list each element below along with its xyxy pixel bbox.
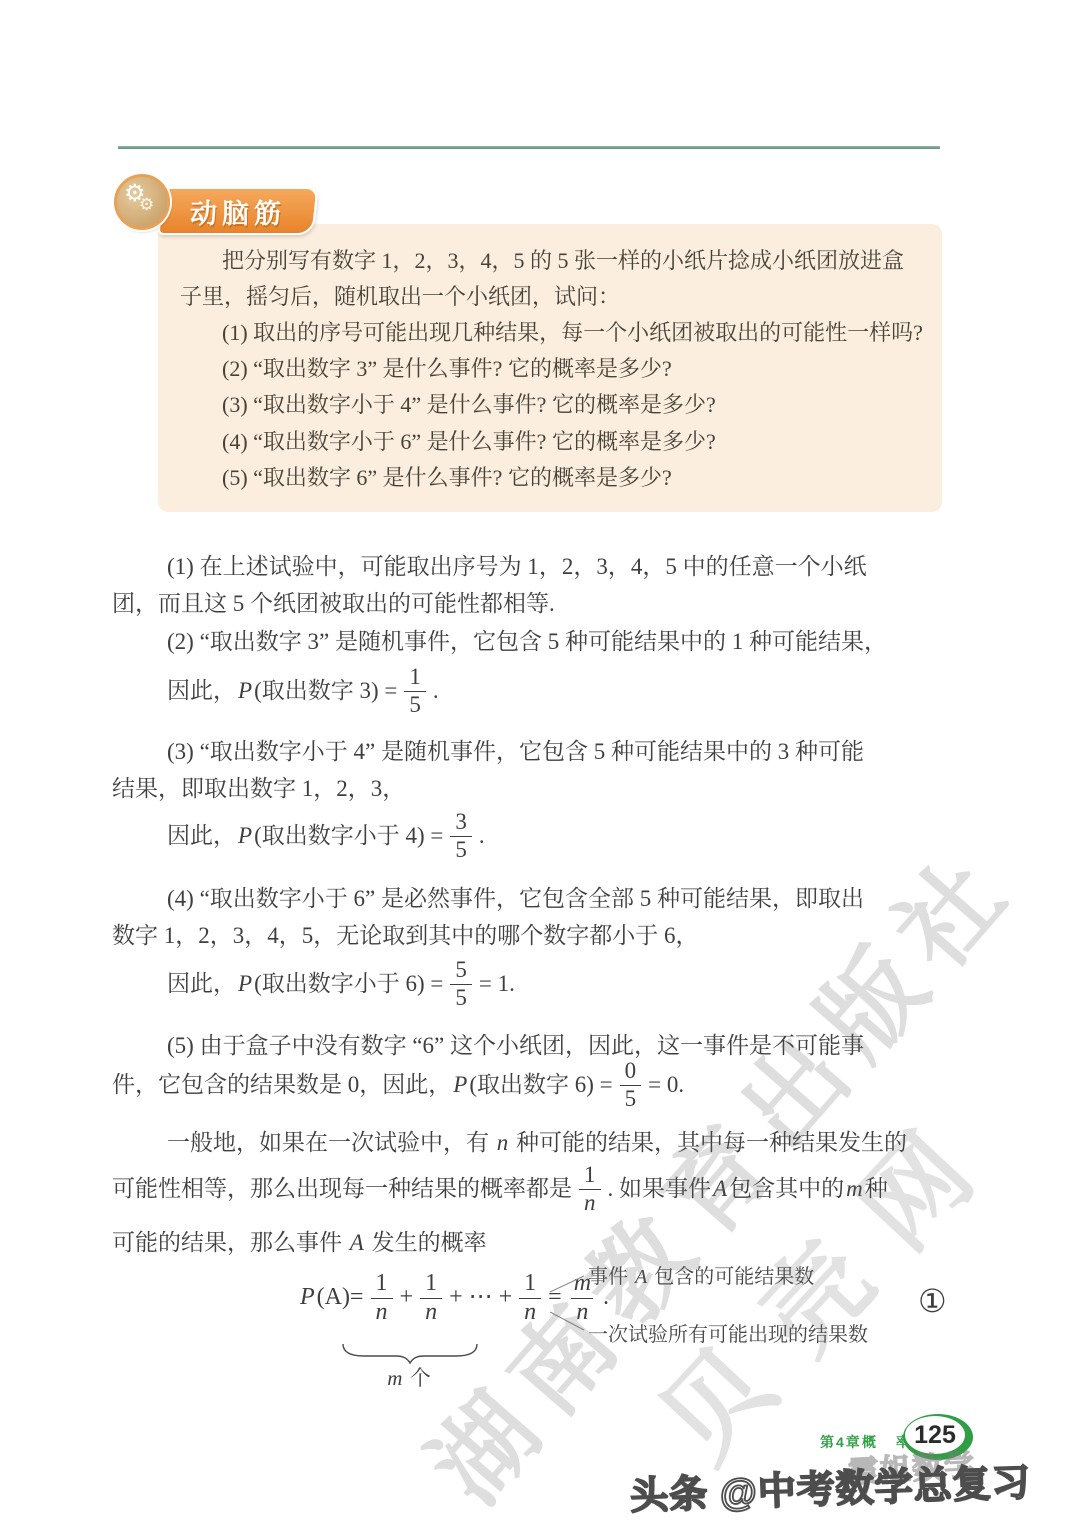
result-text: 因此， xyxy=(167,969,236,999)
result-post: . xyxy=(479,821,485,851)
underbrace-label: m 个 xyxy=(340,1362,476,1392)
result-arg: (取出数字 3) = xyxy=(254,676,397,706)
result-arg: (取出数字 6) = xyxy=(469,1070,612,1100)
annotation-numerator: 事件 A 包含的可能结果数 xyxy=(588,1264,814,1290)
fraction: 1n xyxy=(519,1271,541,1326)
equation-number: ① xyxy=(918,1282,947,1320)
result-text: 因此， xyxy=(167,676,236,706)
var-n: n xyxy=(495,1130,511,1155)
fraction: 1n xyxy=(579,1163,601,1216)
problem-question-4: (4) “取出数字小于 6” 是什么事件? 它的概率是多少? xyxy=(222,428,716,457)
problem-question-5: (5) “取出数字 6” 是什么事件? 它的概率是多少? xyxy=(222,464,672,493)
solution-1-line1: (1) 在上述试验中，可能取出序号为 1，2，3，4，5 中的任意一个小纸 xyxy=(167,552,867,582)
annotation-denominator: 一次试验所有可能出现的结果数 xyxy=(588,1322,868,1348)
prob-symbol: P xyxy=(451,1070,469,1100)
var-A: A xyxy=(348,1230,366,1255)
solution-4-result: 因此，P(取出数字小于 6) = 55 = 1. xyxy=(167,956,515,1012)
annotation-pointer-lines xyxy=(548,1266,588,1338)
thinker-badge: 动脑筋 xyxy=(157,187,318,235)
result-arg: (取出数字小于 4) = xyxy=(254,821,443,851)
general-line1: 一般地，如果在一次试验中，有 n 种可能的结果，其中每一种结果发生的 xyxy=(167,1128,907,1158)
solution-3-line2: 结果，即取出数字 1，2，3， xyxy=(112,774,405,804)
result-arg: (取出数字小于 6) = xyxy=(254,969,443,999)
solution-5-line2: 件，它包含的结果数是 0，因此，P(取出数字 6) = 05 = 0. xyxy=(112,1057,684,1113)
fraction: 15 xyxy=(404,665,426,718)
page-number-badge: 125 xyxy=(903,1414,973,1460)
fraction: 1n xyxy=(420,1271,442,1326)
watermark-byline: 头条 @中考数学总复习 xyxy=(629,1451,1031,1520)
problem-intro-line1: 把分别写有数字 1，2，3，4，5 的 5 张一样的小纸片捻成小纸团放进盒 xyxy=(222,247,904,276)
result-text: 件，它包含的结果数是 0，因此， xyxy=(112,1070,451,1100)
top-divider-rule xyxy=(118,146,940,149)
solution-3-line1: (3) “取出数字小于 4” 是随机事件，它包含 5 种可能结果中的 3 种可能 xyxy=(167,737,864,767)
footer-chapter: 第4章 xyxy=(820,1432,862,1452)
prob-symbol: P xyxy=(298,1282,317,1313)
result-text: 因此， xyxy=(167,821,236,851)
general-line2: 可能性相等，那么出现每一种结果的概率都是1n. 如果事件 A 包含其中的 m 种 xyxy=(112,1160,888,1218)
solution-1-line2: 团，而且这 5 个纸团被取出的可能性都相等. xyxy=(112,589,555,619)
result-post: = 0. xyxy=(648,1070,684,1100)
var-A: A xyxy=(711,1174,729,1204)
solution-4-line2: 数字 1，2，3，4，5，无论取到其中的哪个数字都小于 6， xyxy=(112,921,699,951)
solution-2-result: 因此，P(取出数字 3) = 15. xyxy=(167,663,439,719)
prob-symbol: P xyxy=(236,676,254,706)
prob-symbol: P xyxy=(236,821,254,851)
prob-symbol: P xyxy=(236,969,254,999)
result-post: = 1. xyxy=(479,969,515,999)
problem-intro-line2: 子里，摇匀后，随机取出一个小纸团，试问： xyxy=(180,283,620,312)
textbook-page: ⚙ ⚙ 动脑筋 把分别写有数字 1，2，3，4，5 的 5 张一样的小纸片捻成小… xyxy=(0,0,1080,1527)
solution-3-result: 因此，P(取出数字小于 4) = 35. xyxy=(167,808,485,864)
fraction: 05 xyxy=(620,1059,642,1112)
solution-4-line1: (4) “取出数字小于 6” 是必然事件，它包含全部 5 种可能结果，即取出 xyxy=(167,884,864,914)
fraction: 1n xyxy=(371,1271,393,1326)
gears-icon: ⚙ ⚙ xyxy=(114,174,170,230)
problem-question-3: (3) “取出数字小于 4” 是什么事件? 它的概率是多少? xyxy=(222,391,716,420)
gear-small-icon: ⚙ xyxy=(139,195,154,215)
fraction: 55 xyxy=(450,958,472,1011)
thinker-badge-label: 动脑筋 xyxy=(190,192,286,231)
general-line3: 可能的结果，那么事件 A 发生的概率 xyxy=(112,1228,487,1258)
result-post: . xyxy=(433,676,439,706)
problem-question-1: (1) 取出的序号可能出现几种结果，每一个小纸团被取出的可能性一样吗? xyxy=(222,319,923,348)
problem-question-2: (2) “取出数字 3” 是什么事件? 它的概率是多少? xyxy=(222,355,672,384)
fraction: 35 xyxy=(450,810,472,863)
solution-2-line1: (2) “取出数字 3” 是随机事件，它包含 5 种可能结果中的 1 种可能结果… xyxy=(167,627,887,657)
var-m: m xyxy=(844,1174,865,1204)
page-number: 125 xyxy=(905,1416,965,1454)
